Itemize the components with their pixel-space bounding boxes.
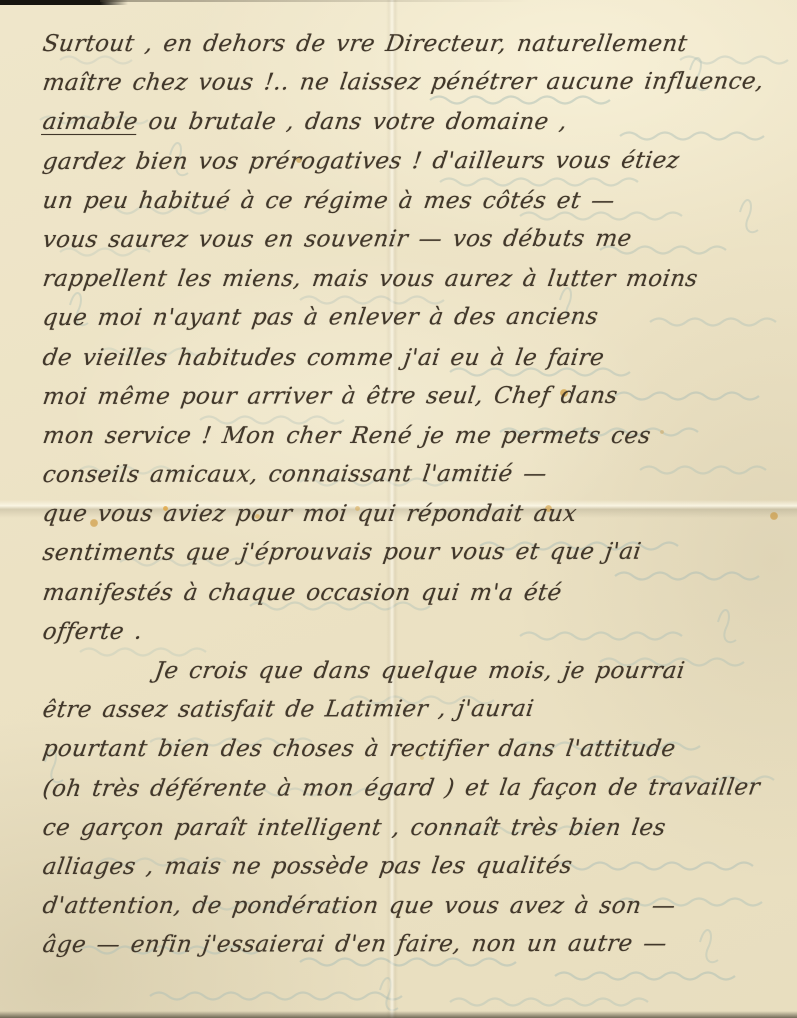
- letter-line: maître chez vous !.. ne laissez pénétrer…: [40, 63, 793, 104]
- letter-line: (oh très déférente à mon égard ) et la f…: [40, 768, 793, 809]
- letter-line: que vous aviez pour moi qui répondait au…: [40, 495, 793, 534]
- letter-line: manifestés à chaque occasion qui m'a été: [40, 574, 793, 613]
- letter-line: d'attention, de pondération que vous ave…: [40, 887, 793, 926]
- letter-line: conseils amicaux, connaissant l'amitié —: [40, 454, 793, 495]
- letter-line: moi même pour arriver à être seul, Chef …: [40, 376, 793, 417]
- scan-edge-top-shadow: [100, 0, 530, 2]
- letter-line: sentiments que j'éprouvais pour vous et …: [40, 533, 793, 574]
- letter-line: vous saurez vous en souvenir — vos début…: [40, 219, 793, 260]
- letter-page: Surtout , en dehors de vre Directeur, na…: [0, 0, 797, 1018]
- letter-line: pourtant bien des choses à rectifier dan…: [40, 730, 793, 769]
- letter-line: que moi n'ayant pas à enlever à des anci…: [40, 298, 793, 339]
- letter-line: âge — enfin j'essaierai d'en faire, non …: [40, 925, 793, 966]
- scan-edge-bottom: [0, 1011, 797, 1018]
- letter-line: rappellent les miens, mais vous aurez à …: [40, 260, 793, 299]
- letter-line: offerte .: [40, 611, 793, 652]
- letter-line: mon service ! Mon cher René je me permet…: [40, 417, 793, 456]
- letter-line: de vieilles habitudes comme j'ai eu à le…: [40, 339, 793, 378]
- letter-line: ce garçon paraît intelligent , connaît t…: [40, 809, 793, 848]
- letter-line: être assez satisfait de Latimier , j'aur…: [40, 690, 793, 731]
- letter-body: Surtout , en dehors de vre Directeur, na…: [40, 25, 787, 966]
- letter-line: aimable ou brutale , dans votre domaine …: [40, 103, 793, 142]
- letter-line: Je crois que dans quelque mois, je pourr…: [40, 652, 793, 691]
- letter-line: un peu habitué à ce régime à mes côtés e…: [40, 182, 793, 221]
- letter-line: Surtout , en dehors de vre Directeur, na…: [40, 25, 793, 64]
- letter-line: alliages , mais ne possède pas les quali…: [40, 846, 793, 887]
- letter-line: gardez bien vos prérogatives ! d'ailleur…: [40, 141, 793, 182]
